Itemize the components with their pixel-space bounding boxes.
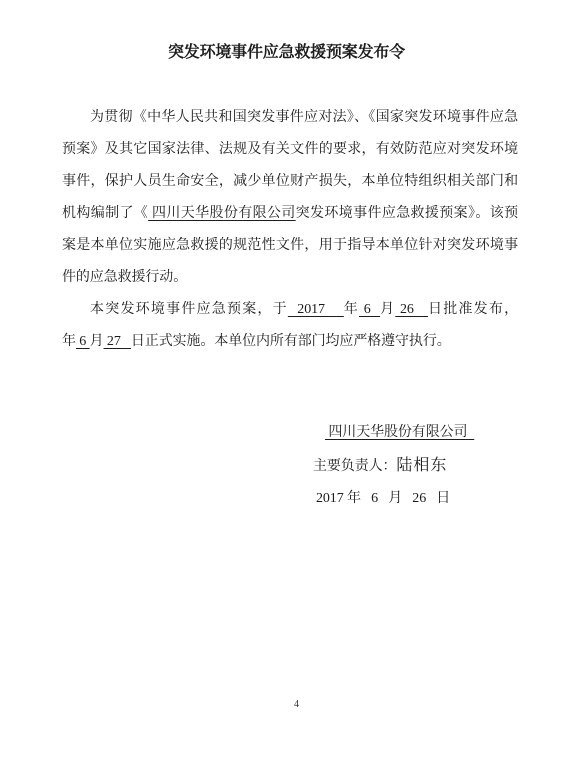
signature-block: 四川天华股份有限公司 主要负责人：陆相东 2017 年 6 月 26 日 bbox=[313, 416, 573, 515]
document-title: 突发环境事件应急救援预案发布令 bbox=[0, 38, 573, 68]
signature-principal-name: 陆相东 bbox=[396, 457, 447, 474]
page-number: 4 bbox=[0, 699, 573, 710]
text-segment: 预案》及其它国家法律、法规及有关文件的要求，有效防范应对突发环境 bbox=[62, 142, 518, 157]
body-line: 事件，保护人员生命安全，减少单位财产损失，本单位特组织相关部门和 bbox=[62, 166, 518, 198]
signature-principal-line: 主要负责人：陆相东 bbox=[313, 449, 573, 482]
body-line: 本突发环境事件应急预案，于 2017 年 6 月 26 日批准发布， bbox=[62, 294, 518, 326]
body-line: 为贯彻《中华人民共和国突发事件应对法》、《国家突发环境事件应急 bbox=[62, 102, 518, 134]
underlined-text: 6 bbox=[76, 334, 90, 349]
text-segment: 本突发环境事件应急预案，于 bbox=[90, 302, 288, 317]
text-segment: 事件，保护人员生命安全，减少单位财产损失，本单位特组织相关部门和 bbox=[62, 174, 518, 189]
text-segment: 案是本单位实施应急救援的规范性文件，用于指导本单位针对突发环境事 bbox=[62, 238, 518, 253]
underlined-text: 26 bbox=[395, 302, 428, 317]
signature-company-line: 四川天华股份有限公司 bbox=[313, 416, 573, 449]
underlined-text: 6 bbox=[359, 302, 380, 317]
text-segment: 日批准发布， bbox=[428, 302, 518, 317]
text-segment: 机构编制了《 bbox=[62, 206, 148, 221]
text-segment: 月 bbox=[380, 302, 395, 317]
text-segment: 件的应急救援行动。 bbox=[62, 270, 187, 285]
signature-date: 2017 年 6 月 26 日 bbox=[316, 482, 573, 515]
text-segment: 突发环境事件应急救援预案》。该预 bbox=[296, 206, 518, 221]
underlined-text: 2017 bbox=[288, 302, 344, 317]
document-page: 突发环境事件应急救援预案发布令 为贯彻《中华人民共和国突发事件应对法》、《国家突… bbox=[0, 0, 573, 758]
text-segment: 日正式实施。本单位内所有部门均应严格遵守执行。 bbox=[131, 334, 451, 349]
text-segment: 年 bbox=[344, 302, 359, 317]
body-line: 案是本单位实施应急救援的规范性文件，用于指导本单位针对突发环境事 bbox=[62, 230, 518, 262]
underlined-text: 27 bbox=[104, 334, 131, 349]
text-segment: 为贯彻《中华人民共和国突发事件应对法》、《国家突发环境事件应急 bbox=[90, 110, 518, 125]
body-line: 件的应急救援行动。 bbox=[62, 262, 518, 294]
text-segment: 月 bbox=[90, 334, 104, 349]
underlined-text: 四川天华股份有限公司 bbox=[148, 206, 295, 221]
text-segment: 年 bbox=[62, 334, 76, 349]
body-line: 年 6 月 27 日正式实施。本单位内所有部门均应严格遵守执行。 bbox=[62, 326, 518, 358]
signature-principal-label: 主要负责人： bbox=[313, 459, 396, 474]
body-line: 预案》及其它国家法律、法规及有关文件的要求，有效防范应对突发环境 bbox=[62, 134, 518, 166]
body-line: 机构编制了《 四川天华股份有限公司突发环境事件应急救援预案》。该预 bbox=[62, 198, 518, 230]
signature-company: 四川天华股份有限公司 bbox=[325, 425, 474, 440]
document-body: 为贯彻《中华人民共和国突发事件应对法》、《国家突发环境事件应急预案》及其它国家法… bbox=[62, 102, 518, 358]
